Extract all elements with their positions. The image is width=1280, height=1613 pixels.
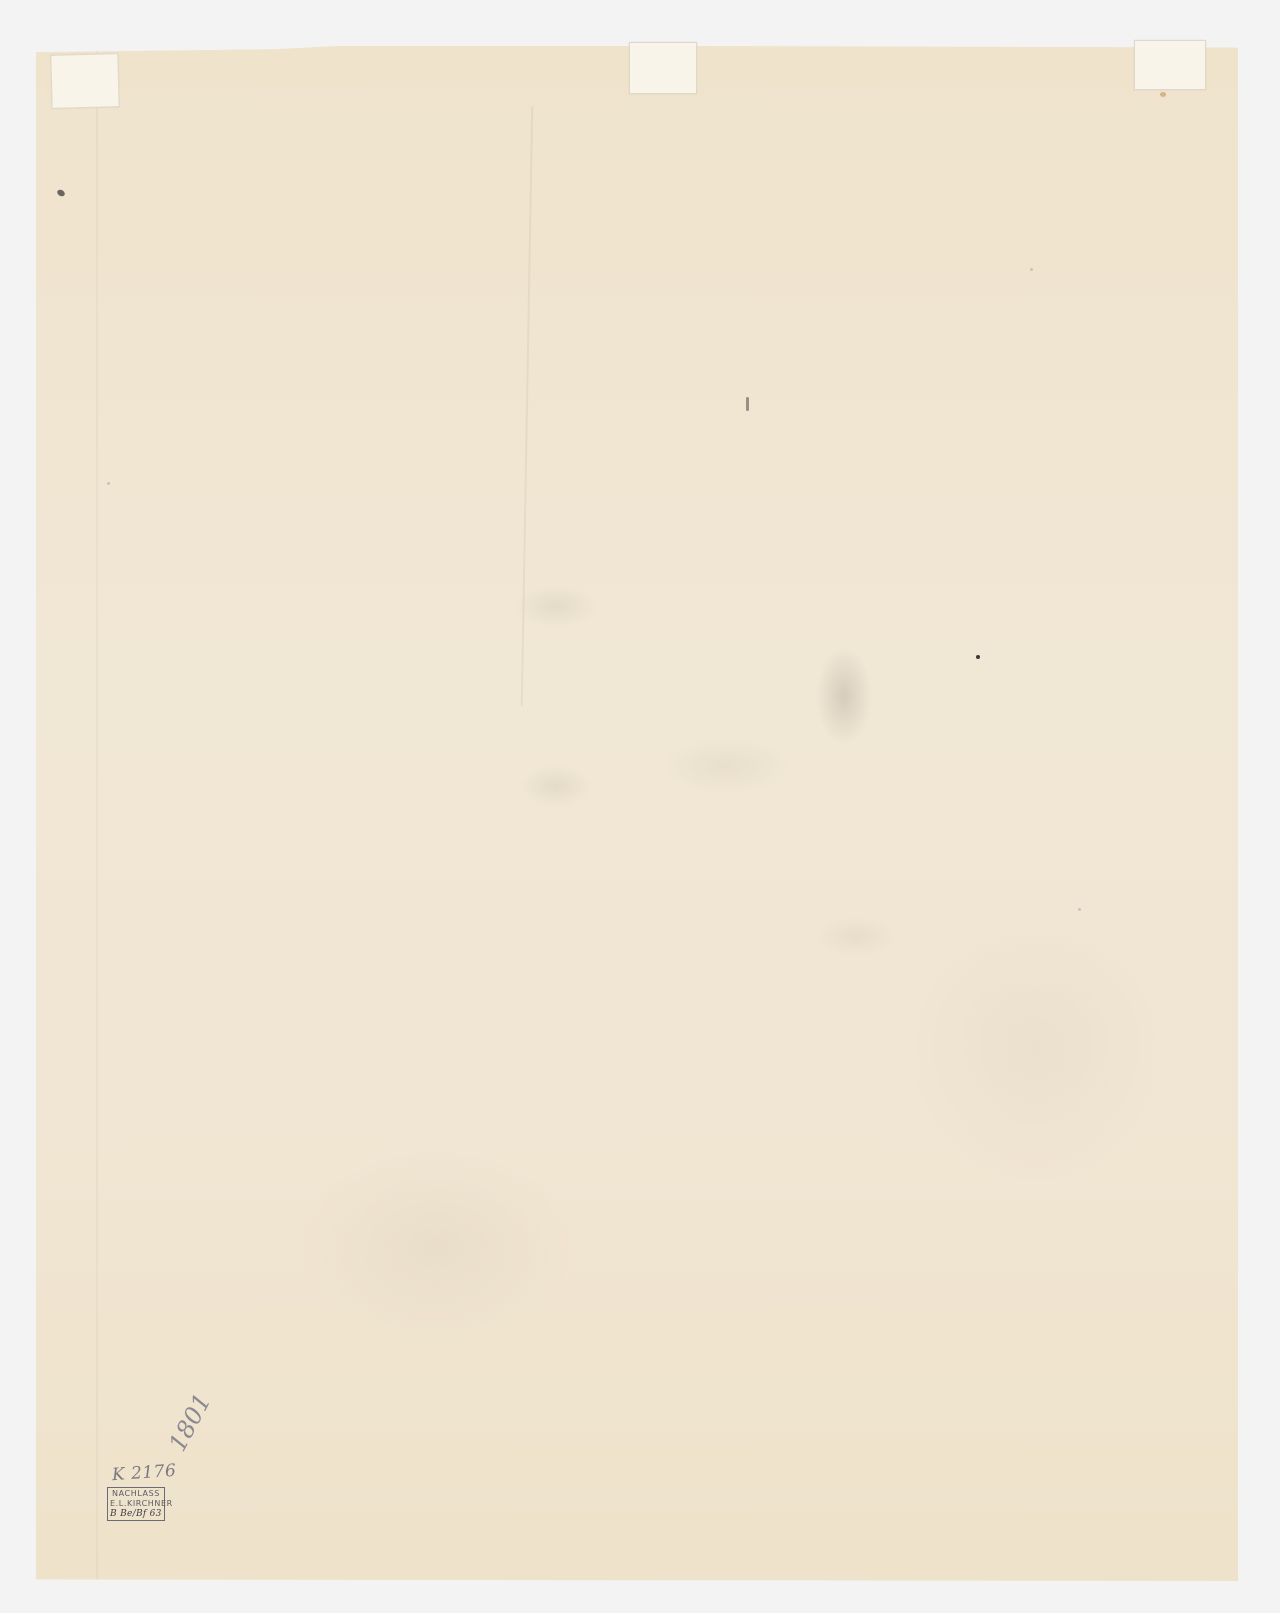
tape-piece-top-left [50,53,119,109]
estate-stamp: NACHLASS E.L.KIRCHNER B Be/Bf 63 [107,1487,165,1521]
stamp-line-inventory: B Be/Bf 63 [110,1509,162,1519]
pinhole [1030,268,1033,271]
pencil-smudge [746,397,749,411]
pinhole [1078,908,1081,911]
tape-piece-top-center [629,42,697,94]
ink-spot [976,655,980,659]
pinhole [107,482,110,485]
tape-piece-top-right [1134,40,1206,90]
stamp-line-nachlass: NACHLASS [110,1489,162,1499]
paper-sheet-verso [36,46,1238,1581]
photo-stage: K 2176 1801 NACHLASS E.L.KIRCHNER B Be/B… [0,0,1280,1613]
stamp-line-artist: E.L.KIRCHNER [110,1499,162,1509]
foxing-stain [1160,92,1166,97]
